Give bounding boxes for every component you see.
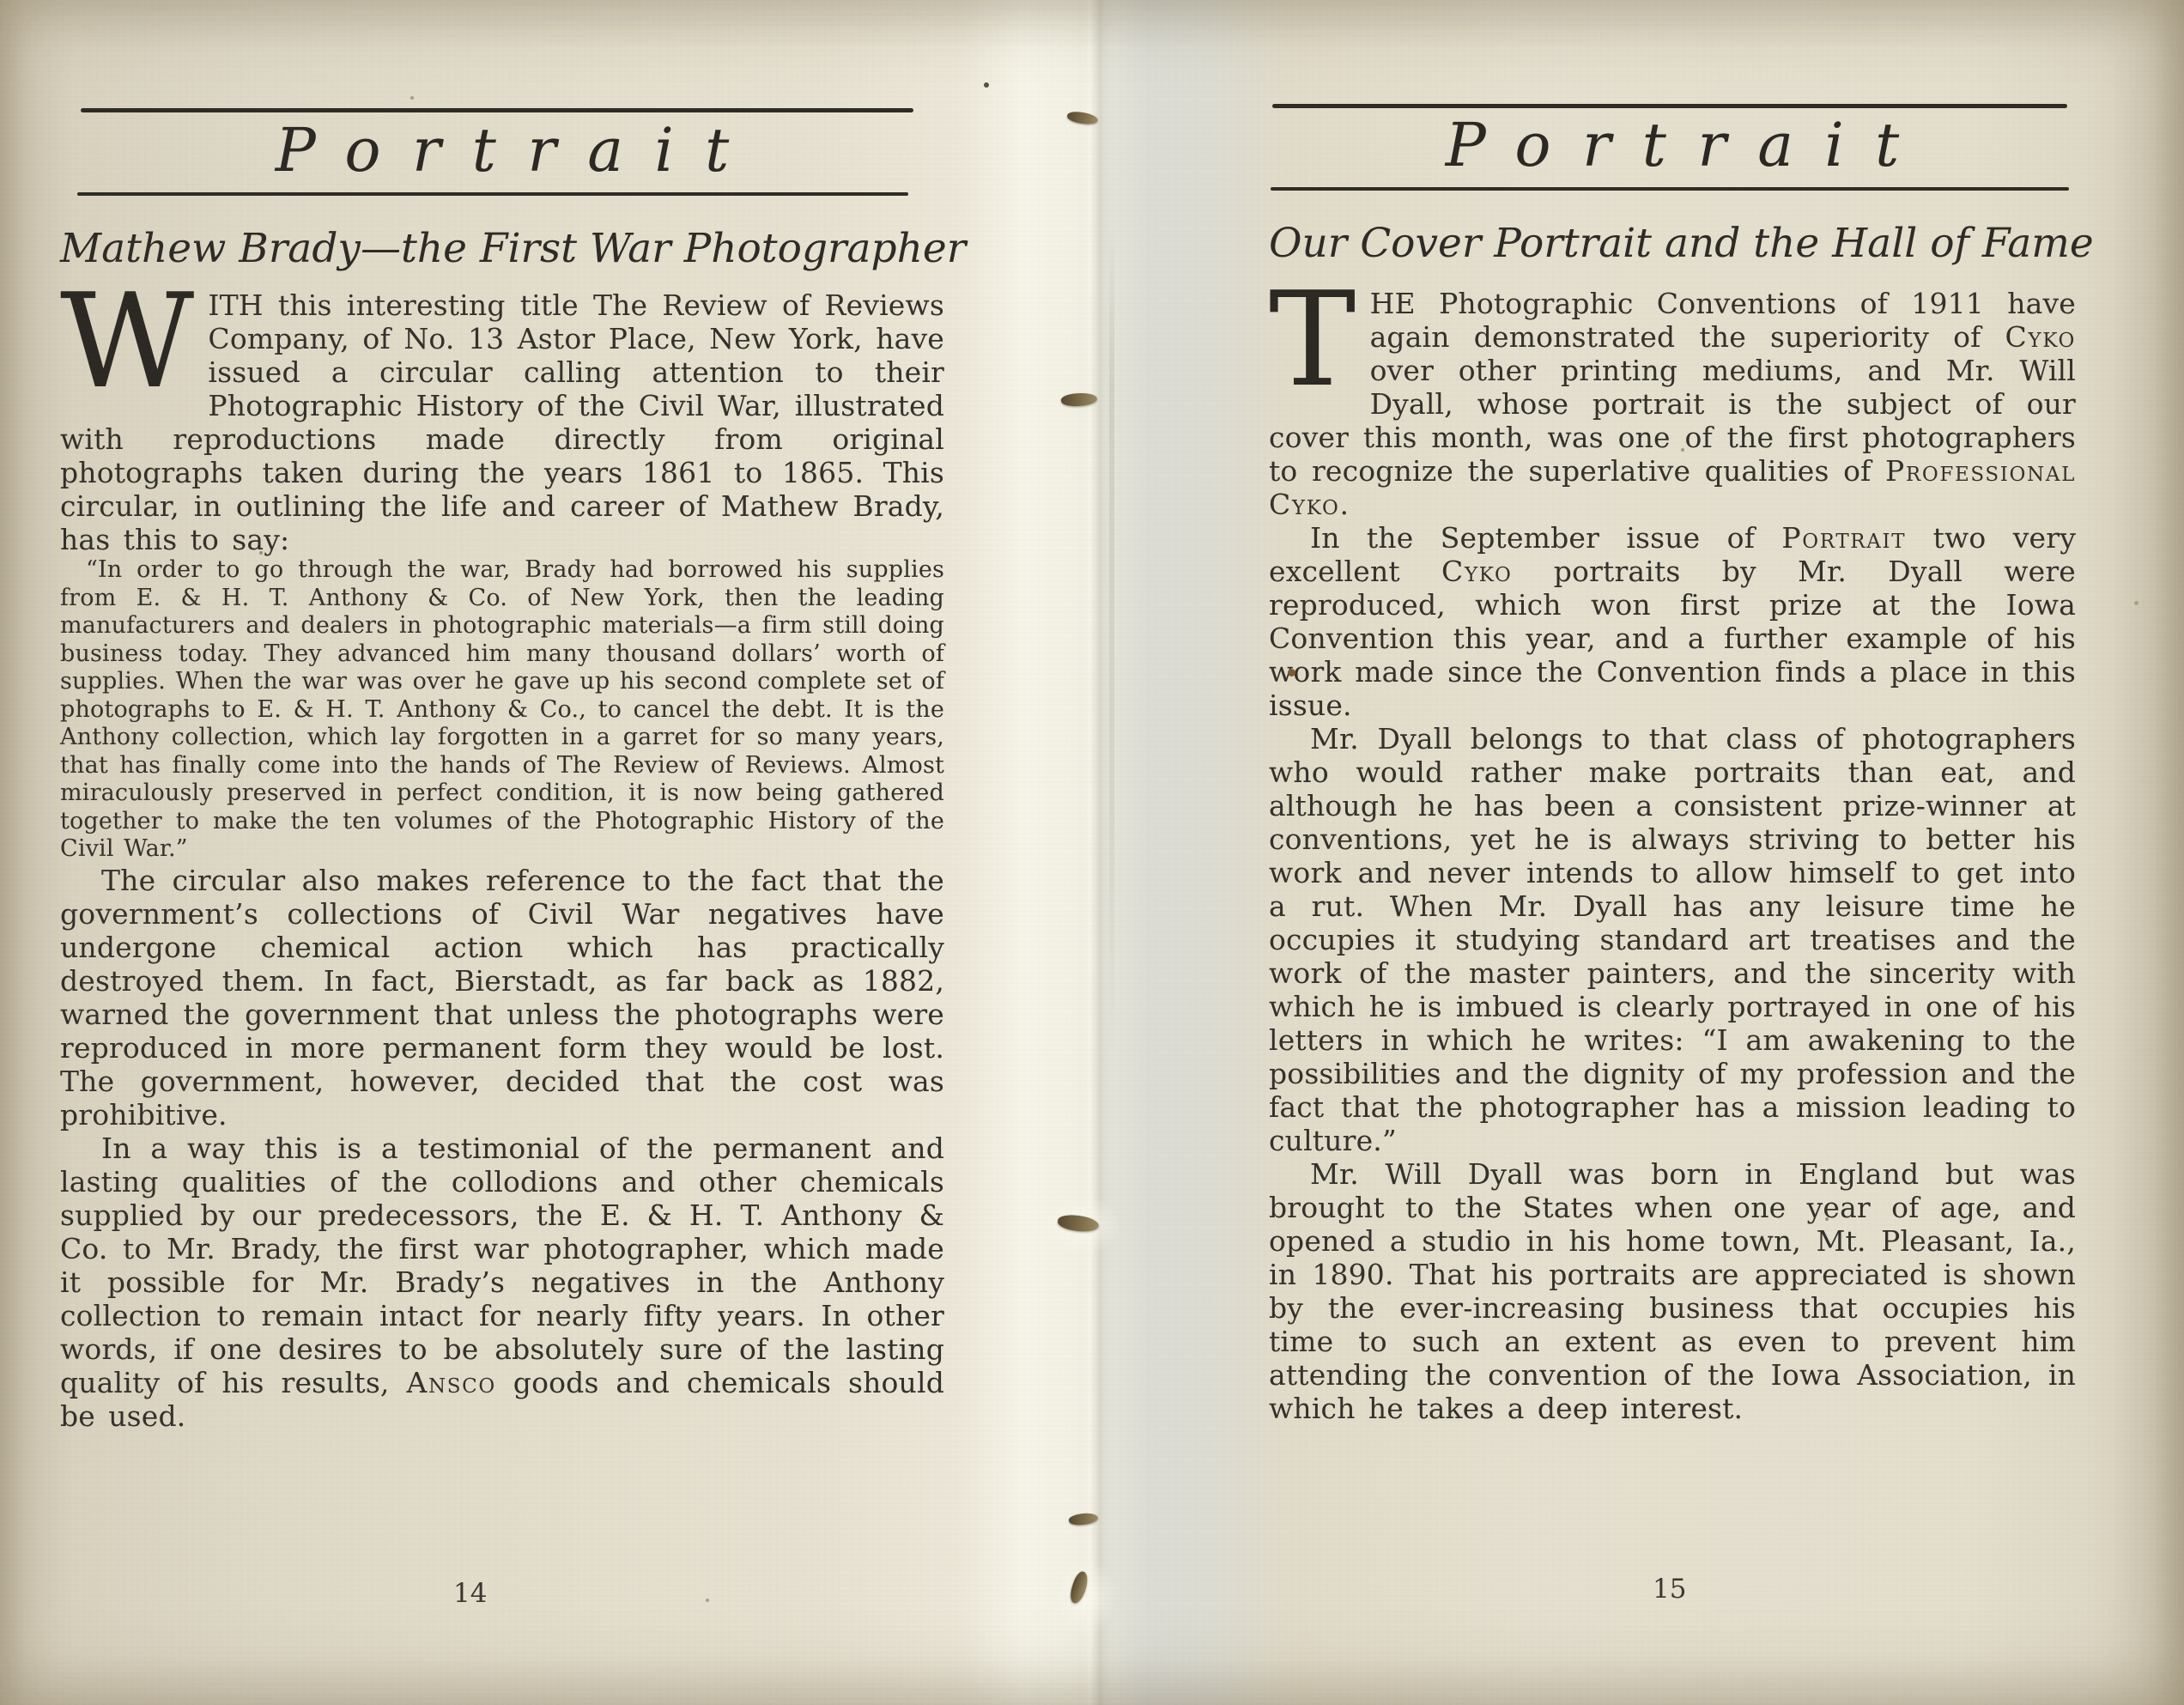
- paper-speck: [2134, 601, 2138, 605]
- stitch-thread: [1057, 1214, 1100, 1234]
- stitch-thread: [1068, 1512, 1098, 1526]
- small-caps-text: Cyko: [2005, 320, 2076, 354]
- right-page-body: THE Photographic Conventions of 1911 hav…: [1269, 287, 2076, 1425]
- left-page-body: WITH this interesting title The Review o…: [60, 288, 944, 1433]
- right-page: Portrait Our Cover Portrait and the Hall…: [1269, 0, 2076, 1705]
- right-page-paragraph-3: Mr. Dyall belongs to that class of photo…: [1269, 722, 2076, 1157]
- masthead-rule-top: [81, 108, 913, 112]
- paper-speck: [1288, 669, 1295, 677]
- small-caps-text: Ansco: [406, 1366, 495, 1399]
- right-page-paragraph-4: Mr. Will Dyall was born in England but w…: [1269, 1157, 2076, 1425]
- stitch-halo: [1056, 1558, 1116, 1635]
- paper-speck: [984, 82, 989, 88]
- right-page-paragraph-1: THE Photographic Conventions of 1911 hav…: [1269, 287, 2076, 521]
- paragraph-text: In the September issue of: [1310, 521, 1781, 555]
- paragraph-text: .: [1339, 488, 1349, 521]
- masthead-rule-top: [1272, 104, 2067, 108]
- small-caps-text: Portrait: [1781, 521, 1906, 555]
- stitch-thread: [1061, 392, 1098, 408]
- page-number: 14: [453, 1578, 487, 1609]
- right-page-paragraph-2: In the September issue of Portrait two v…: [1269, 521, 2076, 722]
- left-page-paragraph-1: WITH this interesting title The Review o…: [60, 288, 944, 556]
- paragraph-text: Mr. Will Dyall was born in England but w…: [1269, 1157, 2076, 1425]
- paper-speck: [259, 551, 263, 555]
- paragraph-text: “In order to go through the war, Brady h…: [60, 556, 944, 862]
- paragraph-text: The circular also makes reference to the…: [60, 864, 944, 1132]
- stitch-thread: [1066, 111, 1098, 126]
- book-spread: Portrait Mathew Brady—the First War Phot…: [0, 0, 2184, 1705]
- paper-speck: [1825, 1217, 1829, 1221]
- page-number: 15: [1653, 1574, 1686, 1605]
- drop-cap: T: [1269, 291, 1356, 389]
- masthead-rule-bottom: [1271, 187, 2069, 191]
- masthead-title: Portrait: [1269, 110, 2076, 180]
- masthead-title: Portrait: [60, 115, 944, 185]
- left-page: Portrait Mathew Brady—the First War Phot…: [60, 0, 944, 1705]
- paragraph-text: Mr. Dyall belongs to that class of photo…: [1269, 722, 2076, 1157]
- paper-speck: [410, 96, 414, 100]
- left-page-paragraph-4: In a way this is a testimonial of the pe…: [60, 1132, 944, 1433]
- stitch-thread: [1068, 1569, 1091, 1605]
- gutter-wrinkle: [1109, 223, 1114, 1065]
- paper-speck: [706, 1599, 709, 1602]
- paragraph-text: HE Photographic Conventions of 1911 have…: [1370, 287, 2076, 354]
- drop-cap: W: [60, 293, 194, 391]
- left-page-paragraph-2: “In order to go through the war, Brady h…: [60, 556, 944, 864]
- left-page-paragraph-3: The circular also makes reference to the…: [60, 864, 944, 1132]
- gutter-crease: [1080, 0, 1114, 1705]
- paragraph-text: In a way this is a testimonial of the pe…: [60, 1132, 944, 1399]
- masthead-rule-bottom: [77, 192, 908, 196]
- article-title: Our Cover Portrait and the Hall of Fame: [1269, 220, 2076, 267]
- small-caps-text: Cyko: [1441, 555, 1512, 588]
- paper-speck: [1681, 448, 1684, 452]
